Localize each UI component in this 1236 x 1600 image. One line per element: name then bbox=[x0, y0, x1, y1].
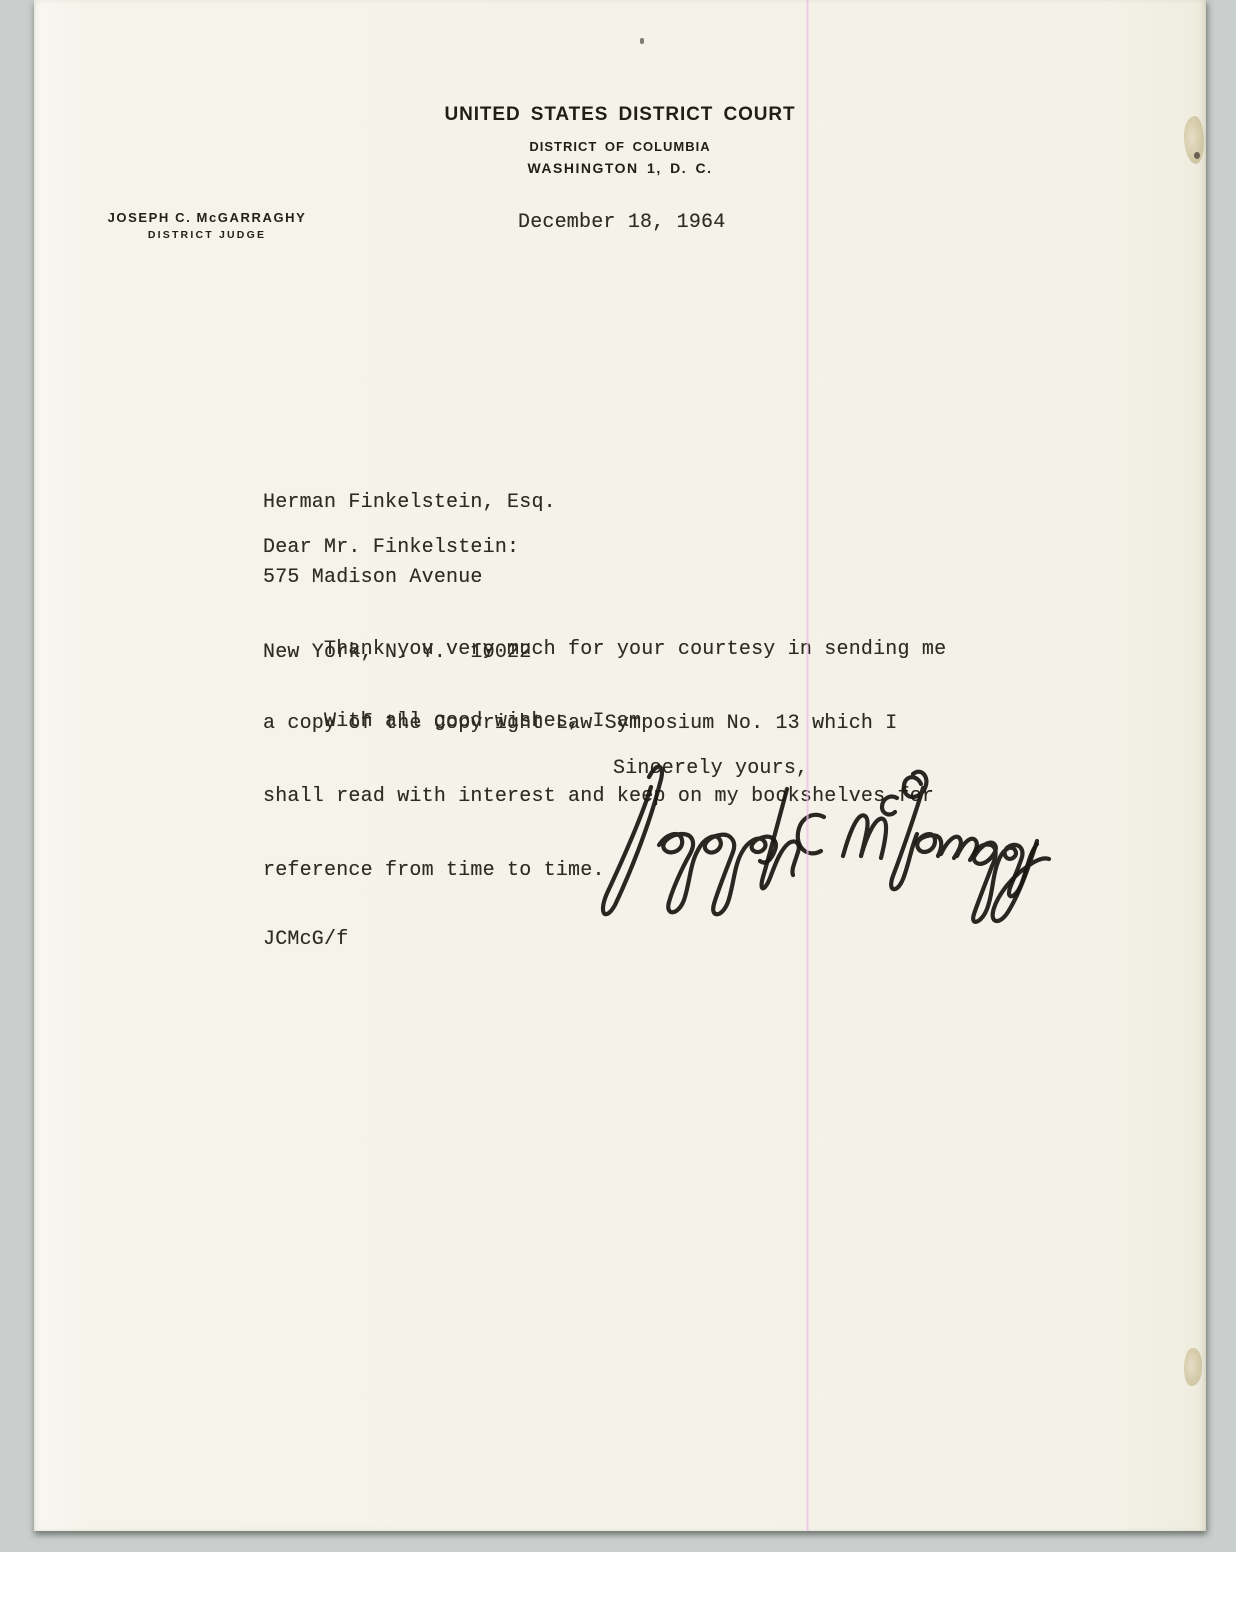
letterhead-city: WASHINGTON 1, D. C. bbox=[34, 160, 1206, 176]
letter-paper: UNITED STATES DISTRICT COURT DISTRICT OF… bbox=[34, 0, 1206, 1531]
signature-script bbox=[600, 755, 1052, 927]
salutation: Dear Mr. Finkelstein: bbox=[263, 536, 519, 561]
judge-title: DISTRICT JUDGE bbox=[97, 229, 317, 241]
scan-bottom-margin bbox=[0, 1552, 1236, 1600]
judge-name: JOSEPH C. McGARRAGHY bbox=[97, 210, 317, 225]
scan-pink-line-artifact bbox=[806, 0, 809, 1531]
body-paragraph-2: With all good wishes, I am bbox=[263, 710, 641, 735]
body-line: Thank you very much for your courtesy in… bbox=[263, 638, 946, 663]
recipient-street: 575 Madison Avenue bbox=[263, 565, 556, 590]
reference-initials: JCMcG/f bbox=[263, 928, 348, 953]
letterhead-district: DISTRICT OF COLUMBIA bbox=[34, 139, 1206, 154]
judge-block: JOSEPH C. McGARRAGHY DISTRICT JUDGE bbox=[97, 210, 317, 241]
recipient-name: Herman Finkelstein, Esq. bbox=[263, 490, 556, 515]
letterhead-court-name: UNITED STATES DISTRICT COURT bbox=[34, 104, 1206, 126]
paper-tear-dot bbox=[1194, 152, 1200, 159]
scanned-letter: UNITED STATES DISTRICT COURT DISTRICT OF… bbox=[0, 0, 1236, 1600]
ink-speck bbox=[640, 38, 644, 44]
letter-date: December 18, 1964 bbox=[518, 211, 725, 236]
paper-tear-bottom-right bbox=[1184, 1348, 1202, 1386]
